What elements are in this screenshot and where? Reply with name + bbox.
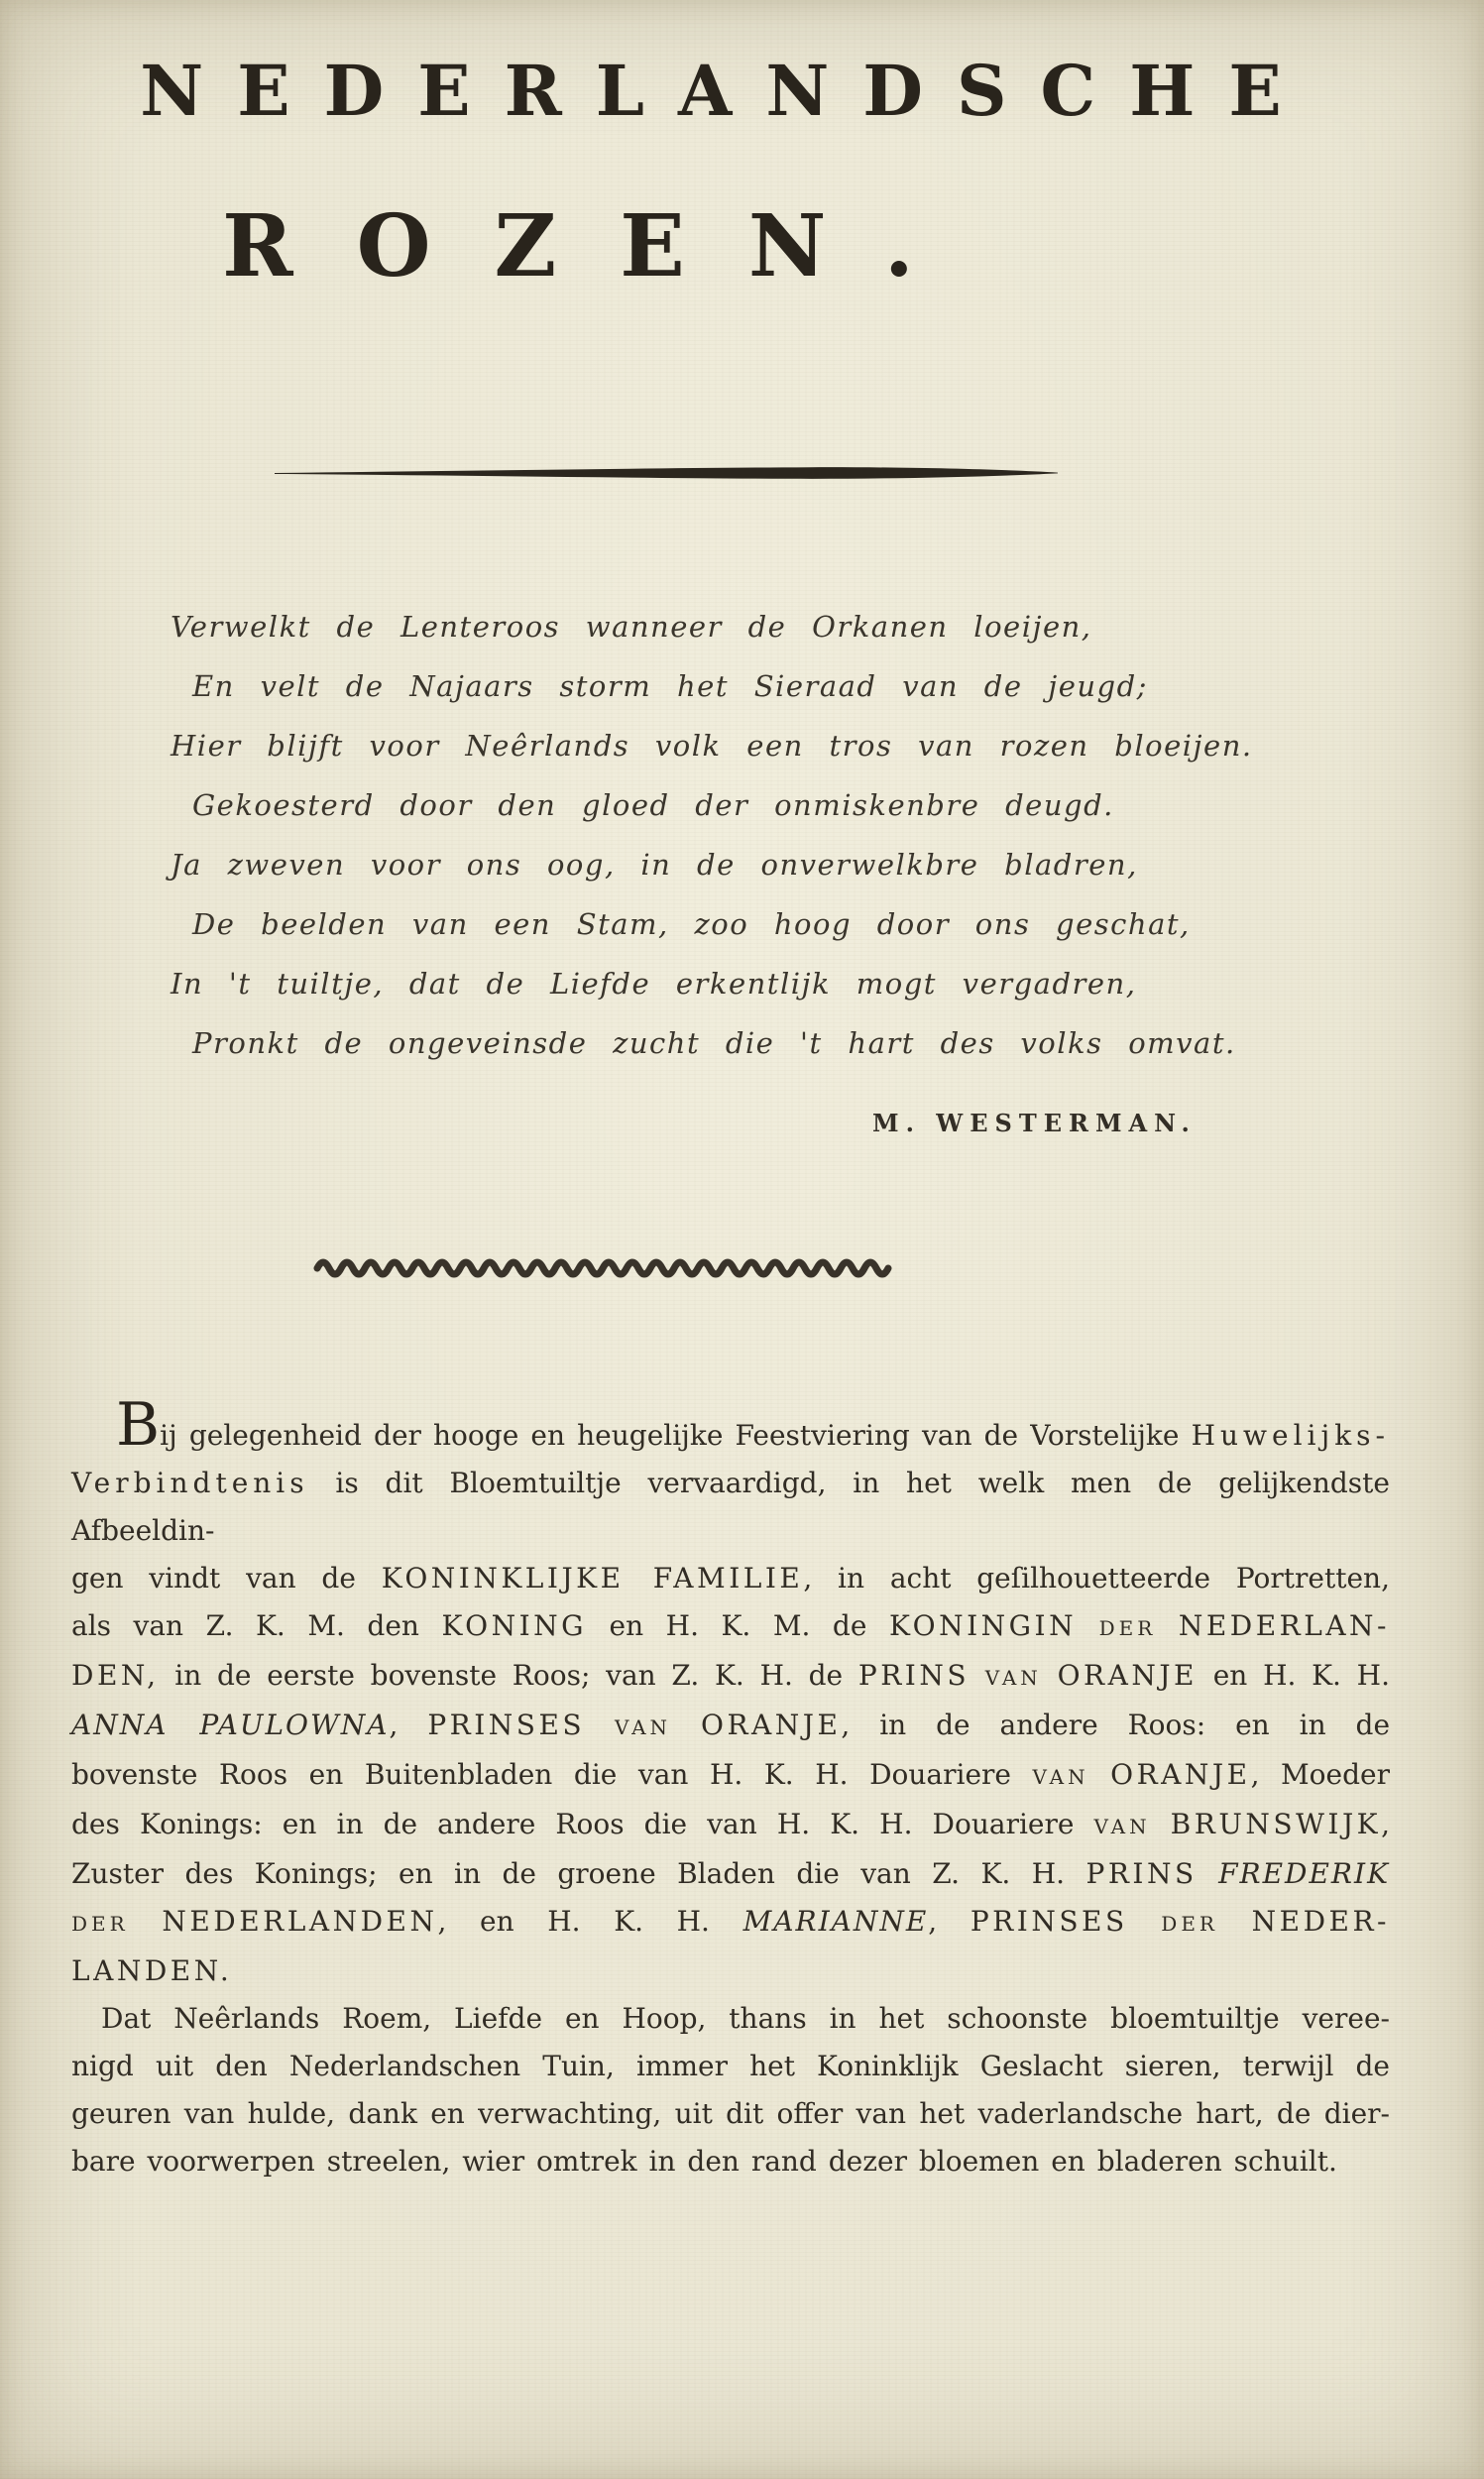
text-segment: PRINS (858, 1659, 970, 1692)
text-segment: NEDERLANDEN (162, 1905, 437, 1938)
text-segment: ORANJE (701, 1709, 841, 1741)
poem-line: Hier blijft voor Neêrlands volk een tros… (171, 716, 1281, 775)
text-segment: PRINSES (427, 1709, 585, 1741)
poem-author: M. WESTERMAN. (872, 1109, 1197, 1137)
text-segment: DER (1099, 1616, 1157, 1640)
poem-line: De beelden van een Stam, zoo hoog door o… (171, 894, 1281, 954)
text-segment: , (928, 1905, 970, 1938)
page-title: NEDERLANDSCHE (0, 50, 1422, 132)
text-segment: VAN (1033, 1765, 1089, 1789)
text-segment: in de eerste bovenste Roos; van Z. K. H.… (160, 1659, 858, 1692)
body-line: nigd uit den Nederlandschen Tuin, immer … (71, 2043, 1390, 2090)
poem-line: Verwelkt de Lenteroos wanneer de Orkanen… (171, 597, 1281, 656)
poem-line: En velt de Najaars storm het Sieraad van… (171, 656, 1281, 716)
text-segment (1077, 1609, 1099, 1642)
text-segment: des Konings: en in de andere Roos die va… (71, 1808, 1094, 1840)
text-segment (585, 1709, 615, 1741)
body-line: gen vindt van de KONINKLIJKE FAMILIE, in… (71, 1555, 1390, 1602)
body-line: des Konings: en in de andere Roos die va… (71, 1801, 1390, 1850)
text-segment: gen vindt van de (71, 1562, 382, 1594)
text-segment: BRUNSWIJK (1171, 1808, 1381, 1840)
text-segment: DER (1161, 1912, 1218, 1936)
text-segment: KONINKLIJKE FAMILIE (382, 1562, 804, 1594)
text-segment: VAN (615, 1715, 671, 1739)
text-segment (1156, 1609, 1179, 1642)
text-segment: ORANJE (1058, 1659, 1198, 1692)
text-segment: DEN, (71, 1659, 160, 1692)
text-segment: Zuster des Konings; en in de groene Blad… (71, 1857, 1085, 1890)
text-segment: bare voorwerpen streelen, wier omtrek in… (71, 2145, 1337, 2178)
text-segment (671, 1709, 701, 1741)
text-segment: NEDER- (1252, 1905, 1390, 1938)
poem-line: In 't tuiltje, dat de Liefde erkentlijk … (171, 954, 1281, 1013)
text-segment: bovenste Roos en Buitenbladen die van H.… (71, 1758, 1033, 1791)
text-segment: PRINS (1085, 1857, 1197, 1890)
poem-line: Gekoesterd door den gloed der onmiskenbr… (171, 775, 1281, 835)
text-segment: Verbindtenis (71, 1467, 309, 1499)
body-line: DER NEDERLANDEN, en H. K. H. MARIANNE, P… (71, 1898, 1390, 1948)
drop-cap: B (116, 1390, 160, 1460)
text-segment: NEDERLAN- (1179, 1609, 1390, 1642)
text-segment (1218, 1905, 1252, 1938)
text-segment (1128, 1905, 1162, 1938)
text-segment: FREDERIK (1218, 1857, 1390, 1890)
body-line: bare voorwerpen streelen, wier omtrek in… (71, 2138, 1390, 2185)
body-line: bovenste Roos en Buitenbladen die van H.… (71, 1751, 1390, 1801)
body-line: als van Z. K. M. den KONING en H. K. M. … (71, 1602, 1390, 1652)
text-segment: ij gelegenheid der hooge en heugelijke F… (160, 1419, 1192, 1452)
tapered-rule (275, 464, 1058, 482)
body-line: Verbindtenis is dit Bloemtuiltje vervaar… (71, 1460, 1390, 1555)
text-segment: KONINGIN (889, 1609, 1077, 1642)
text-segment: als van Z. K. M. den (71, 1609, 441, 1642)
text-segment: en H. K. H. (1198, 1659, 1390, 1692)
body-line: ANNA PAULOWNA, PRINSES VAN ORANJE, in de… (71, 1702, 1390, 1751)
text-segment: Huwelijks- (1192, 1419, 1390, 1452)
wavy-rule (313, 1253, 900, 1279)
body-line: DEN, in de eerste bovenste Roos; van Z. … (71, 1652, 1390, 1702)
text-segment: Dat Neêrlands Roem, Liefde en Hoop, than… (101, 2002, 1390, 2035)
text-segment: DER (71, 1912, 129, 1936)
text-segment (129, 1905, 163, 1938)
text-segment: VAN (1094, 1815, 1151, 1838)
poem-line: Ja zweven voor ons oog, in de onverwelkb… (171, 835, 1281, 894)
text-segment (970, 1659, 985, 1692)
text-segment: nigd uit den Nederlandschen Tuin, immer … (71, 2050, 1390, 2082)
body-line: Zuster des Konings; en in de groene Blad… (71, 1850, 1390, 1898)
text-segment: VAN (985, 1666, 1042, 1690)
document-page: NEDERLANDSCHE ROZEN. Verwelkt de Lentero… (0, 0, 1484, 2479)
text-segment: , (1381, 1808, 1390, 1840)
body-line: LANDEN. (71, 1948, 1390, 1995)
text-segment: , en H. K. H. (437, 1905, 742, 1938)
text-segment: MARIANNE (743, 1905, 929, 1938)
page-subtitle: ROZEN. (0, 196, 1136, 296)
text-segment: , (390, 1709, 428, 1741)
text-segment: ANNA PAULOWNA (71, 1709, 390, 1741)
text-segment: , in acht geſilhouetteerde Portretten, (803, 1562, 1390, 1594)
body-line: Dat Neêrlands Roem, Liefde en Hoop, than… (71, 1995, 1390, 2043)
body-text: Bij gelegenheid der hooge en heugelijke … (71, 1412, 1390, 2185)
body-line: Bij gelegenheid der hooge en heugelijke … (71, 1412, 1390, 1460)
text-segment: , Moeder (1251, 1758, 1390, 1791)
body-line: geuren van hulde, dank en verwachting, u… (71, 2090, 1390, 2138)
text-segment: en H. K. M. de (587, 1609, 889, 1642)
text-segment (1151, 1808, 1171, 1840)
text-segment (1089, 1758, 1111, 1791)
poem-line: Pronkt de ongeveinsde zucht die 't hart … (171, 1013, 1281, 1073)
text-segment (1042, 1659, 1058, 1692)
text-segment: KONING (441, 1609, 587, 1642)
poem: Verwelkt de Lenteroos wanneer de Orkanen… (171, 597, 1281, 1073)
text-segment: , in de andere Roos: en in de (841, 1709, 1390, 1741)
text-segment: LANDEN. (71, 1954, 232, 1987)
text-segment: PRINSES (970, 1905, 1128, 1938)
text-segment: ORANJE (1110, 1758, 1250, 1791)
text-segment: geuren van hulde, dank en verwachting, u… (71, 2097, 1390, 2130)
text-segment (1198, 1857, 1218, 1890)
